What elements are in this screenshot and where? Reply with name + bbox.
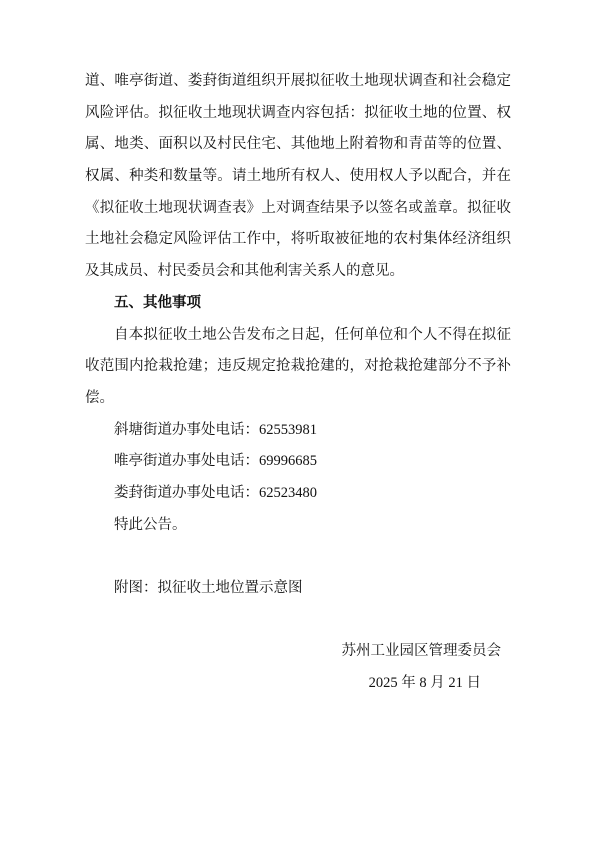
paragraph1-line-5: 《拟征收土地现状调查表》上对调查结果予以签名或盖章。拟征收 bbox=[85, 193, 511, 225]
contact-phone-xietang: 斜塘街道办事处电话：62553981 bbox=[85, 415, 511, 447]
issuer-signature: 苏州工业园区管理委员会 bbox=[85, 636, 511, 668]
closing-statement: 特此公告。 bbox=[85, 510, 511, 542]
contact-phone-weiting: 唯亭街道办事处电话：69996685 bbox=[85, 446, 511, 478]
section-heading: 五、其他事项 bbox=[85, 288, 511, 320]
paragraph2-line-1: 自本拟征收土地公告发布之日起，任何单位和个人不得在拟征 bbox=[85, 320, 511, 352]
paragraph2-line-3: 偿。 bbox=[85, 383, 511, 415]
issue-date: 2025 年 8 月 21 日 bbox=[85, 668, 511, 700]
attachment-note: 附图：拟征收土地位置示意图 bbox=[85, 573, 511, 605]
paragraph1-line-2: 风险评估。拟征收土地现状调查内容包括：拟征收土地的位置、权 bbox=[85, 98, 511, 130]
notice-page: 道、唯亭街道、娄葑街道组织开展拟征收土地现状调查和社会稳定 风险评估。拟征收土地… bbox=[0, 0, 595, 841]
spacer bbox=[85, 541, 511, 573]
paragraph1-line-6: 土地社会稳定风险评估工作中，将听取被征地的农村集体经济组织 bbox=[85, 224, 511, 256]
spacer bbox=[85, 605, 511, 637]
paragraph1-line-3: 属、地类、面积以及村民住宅、其他地上附着物和青苗等的位置、 bbox=[85, 129, 511, 161]
paragraph1-line-1: 道、唯亭街道、娄葑街道组织开展拟征收土地现状调查和社会稳定 bbox=[85, 66, 511, 98]
document-body: 道、唯亭街道、娄葑街道组织开展拟征收土地现状调查和社会稳定 风险评估。拟征收土地… bbox=[85, 66, 511, 700]
paragraph1-line-7: 及其成员、村民委员会和其他利害关系人的意见。 bbox=[85, 256, 511, 288]
paragraph1-line-4: 权属、种类和数量等。请土地所有权人、使用权人予以配合，并在 bbox=[85, 161, 511, 193]
paragraph2-line-2: 收范围内抢栽抢建；违反规定抢栽抢建的，对抢栽抢建部分不予补 bbox=[85, 351, 511, 383]
contact-phone-loufeng: 娄葑街道办事处电话：62523480 bbox=[85, 478, 511, 510]
